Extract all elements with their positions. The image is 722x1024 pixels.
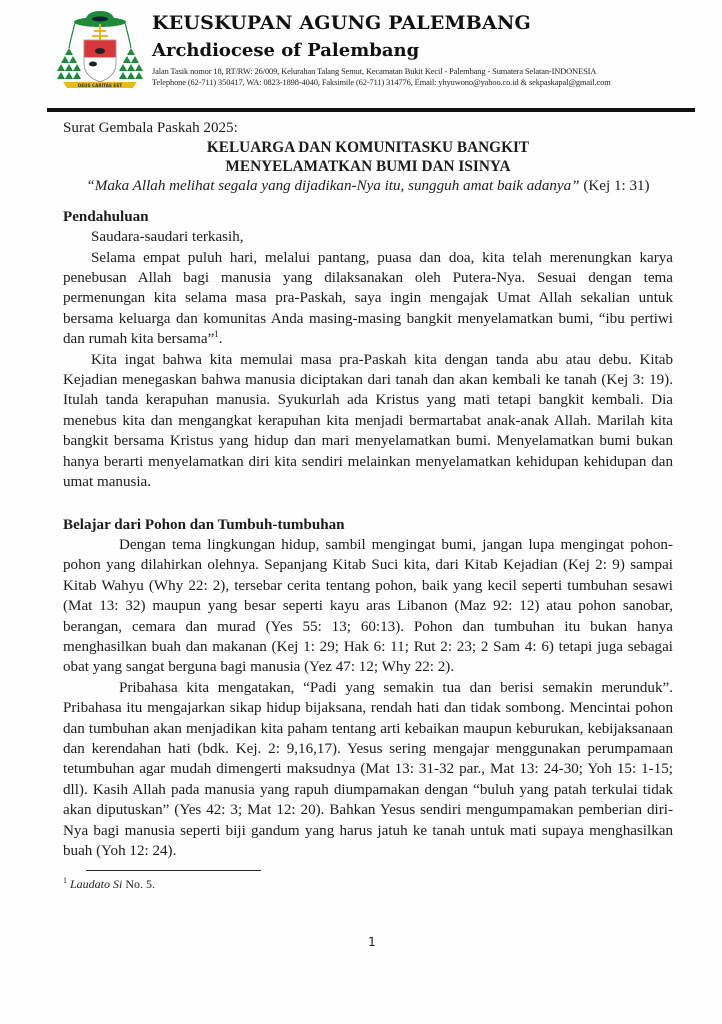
paragraph: Selama empat puluh hari, melalui pantang…	[63, 248, 673, 350]
letterhead-rule	[47, 108, 695, 112]
paragraph: Pribahasa kita mengatakan, “Padi yang se…	[63, 678, 673, 862]
contact-line: Telephone (62-711) 350417, WA: 0823-1898…	[152, 77, 611, 88]
footnote: 1 Laudato Si No. 5.	[63, 877, 155, 892]
greeting: Saudara-saudari terkasih,	[63, 227, 673, 247]
document-page: DEUS CARITAS EST KEUSKUPAN AGUNG PALEMBA…	[0, 0, 722, 1024]
letter-label: Surat Gembala Paskah 2025:	[63, 118, 673, 138]
page-number: 1	[0, 935, 722, 949]
coat-of-arms-icon: DEUS CARITAS EST	[57, 8, 143, 94]
letter-title-line1: KELUARGA DAN KOMUNITASKU BANGKIT	[63, 138, 673, 157]
letterhead-subtitle: Archdiocese of Palembang	[152, 40, 419, 61]
letterhead-title: KEUSKUPAN AGUNG PALEMBANG	[152, 12, 531, 34]
address-line: Jalan Tasik nomor 18, RT/RW: 26/009, Kel…	[152, 66, 611, 77]
paragraph: Dengan tema lingkungan hidup, sambil men…	[63, 535, 673, 678]
motto-reference: (Kej 1: 31)	[580, 178, 650, 194]
section-heading-pendahuluan: Pendahuluan	[63, 207, 673, 227]
svg-text:DEUS CARITAS EST: DEUS CARITAS EST	[78, 83, 122, 88]
letter-body: Surat Gembala Paskah 2025: KELUARGA DAN …	[63, 118, 673, 861]
letterhead-address: Jalan Tasik nomor 18, RT/RW: 26/009, Kel…	[152, 66, 611, 88]
letter-title-line2: MENYELAMATKAN BUMI DAN ISINYA	[63, 157, 673, 176]
section-heading-belajar: Belajar dari Pohon dan Tumbuh-tumbuhan	[63, 515, 673, 535]
footnote-separator	[86, 870, 261, 871]
paragraph: Kita ingat bahwa kita memulai masa pra-P…	[63, 350, 673, 493]
motto-quote: “Maka Allah melihat segala yang dijadika…	[86, 178, 579, 194]
letter-motto: “Maka Allah melihat segala yang dijadika…	[63, 176, 673, 196]
